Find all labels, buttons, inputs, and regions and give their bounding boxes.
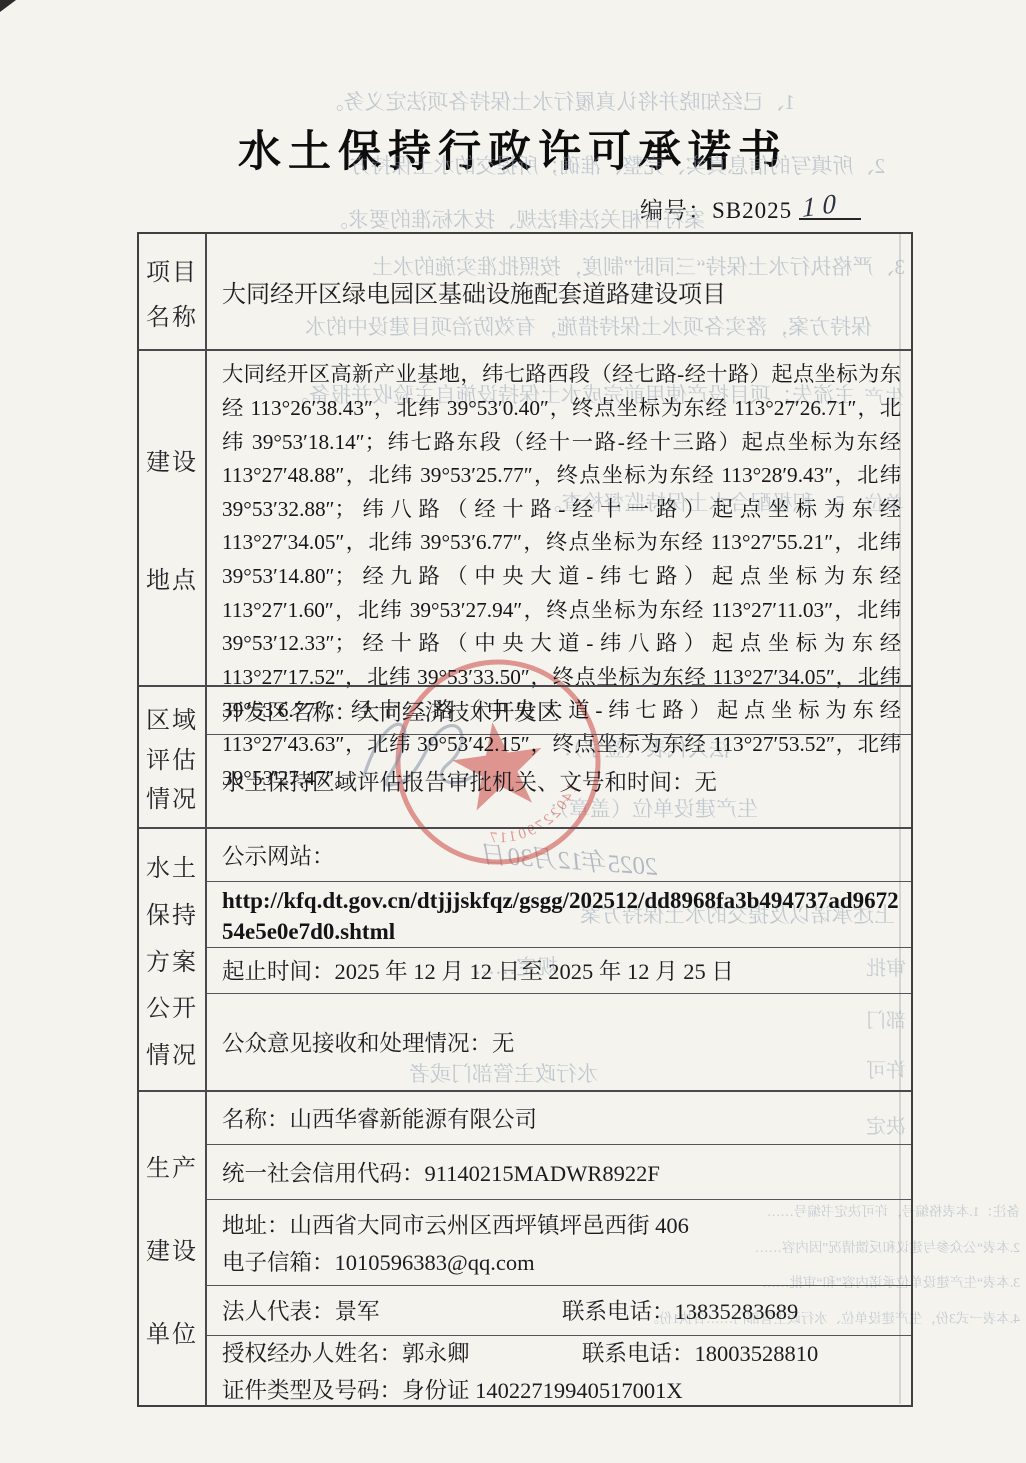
bleedthrough-line: 1、已经知晓并将认真履行水土保持各项法定义务。 xyxy=(200,86,795,116)
bleedthrough-line: 2、所填写的信息真实、完整、准确；所提交的水土保持方 xyxy=(145,150,885,180)
publicity-site-label: 公示网站： xyxy=(207,829,911,881)
section-location: 建设 地点 大同经开区高新产业基地，纬七路西段（经七路-经十路）起点坐标为东经 … xyxy=(139,349,911,685)
row-label-project-name: 项目 名称 xyxy=(139,234,207,349)
label-line: 建设 xyxy=(146,442,198,477)
credit-code: 统一社会信用代码：91140215MADWR8922F xyxy=(207,1144,911,1199)
scan-corner-artifact xyxy=(0,0,16,12)
row-label-regional-assessment: 区域 评估 情况 xyxy=(139,687,207,826)
section-project-name: 项目 名称 大同经开区绿电园区基础设施配套道路建设项目 xyxy=(139,234,911,349)
public-comments: 公众意见接收和处理情况：无 xyxy=(207,993,911,1090)
row-label-plan-publicity: 水土 保持 方案 公开 情况 xyxy=(139,829,207,1090)
serial-prefix: SB2025 xyxy=(712,198,792,223)
label-line: 建设 xyxy=(146,1231,198,1266)
row-label-location: 建设 地点 xyxy=(139,351,207,685)
label-line: 情况 xyxy=(146,1035,198,1070)
constructor-name: 名称：山西华睿新能源有限公司 xyxy=(207,1092,911,1144)
section-constructor: 生产 建设 单位 名称：山西华睿新能源有限公司 统一社会信用代码：9114021… xyxy=(139,1090,911,1405)
publicity-url: http://kfq.dt.gov.cn/dtjjjskfqz/gsgg/202… xyxy=(207,881,911,947)
label-line: 方案 xyxy=(146,942,198,977)
row-label-constructor: 生产 建设 单位 xyxy=(139,1092,207,1405)
label-line: 地点 xyxy=(146,560,198,595)
dev-zone-name: 开发区名称：大同经济技术开发区 xyxy=(207,687,911,734)
legal-rep: 法人代表：景军 xyxy=(222,1294,562,1326)
legal-rep-phone: 联系电话：13835283689 xyxy=(562,1294,798,1326)
document-table: 项目 名称 大同经开区绿电园区基础设施配套道路建设项目 建设 地点 大同经开区高… xyxy=(137,232,913,1407)
label-line: 评估 xyxy=(146,740,198,775)
assessment-approval: 水土保持区域评估报告审批机关、文号和时间：无 xyxy=(207,734,911,826)
project-name-value: 大同经开区绿电园区基础设施配套道路建设项目 xyxy=(207,234,911,349)
agent-phone: 联系电话：18003528810 xyxy=(582,1336,818,1368)
agent-name: 授权经办人姓名：郭永卿 xyxy=(222,1336,582,1368)
label-line: 项目 xyxy=(146,252,198,287)
label-line: 保持 xyxy=(146,895,198,930)
section-regional-assessment: 区域 评估 情况 开发区名称：大同经济技术开发区 水土保持区域评估报告审批机关、… xyxy=(139,685,911,826)
label-line: 情况 xyxy=(146,779,198,814)
bleedthrough-line: 案符合相关法律法规、技术标准的要求。 xyxy=(255,204,705,234)
publicity-period: 起止时间：2025 年 12 月 12 日至 2025 年 12 月 25 日 xyxy=(207,947,911,993)
label-line: 生产 xyxy=(146,1148,198,1183)
label-line: 水土 xyxy=(146,848,198,883)
agent-id: 证件类型及号码：身份证 14022719940517001X xyxy=(222,1373,683,1405)
agent-line: 授权经办人姓名：郭永卿 联系电话：18003528810 xyxy=(222,1336,903,1368)
label-line: 区域 xyxy=(146,700,198,735)
serial-underline xyxy=(799,218,861,220)
label-line: 公开 xyxy=(146,988,198,1023)
label-line: 单位 xyxy=(146,1314,198,1349)
constructor-email: 电子信箱：1010596383@qq.com xyxy=(222,1245,535,1277)
label-line: 名称 xyxy=(146,297,198,332)
constructor-address: 地址：山西省大同市云州区西坪镇坪邑西街 406 xyxy=(222,1208,689,1240)
section-plan-publicity: 水土 保持 方案 公开 情况 公示网站： http://kfq.dt.gov.c… xyxy=(139,827,911,1090)
